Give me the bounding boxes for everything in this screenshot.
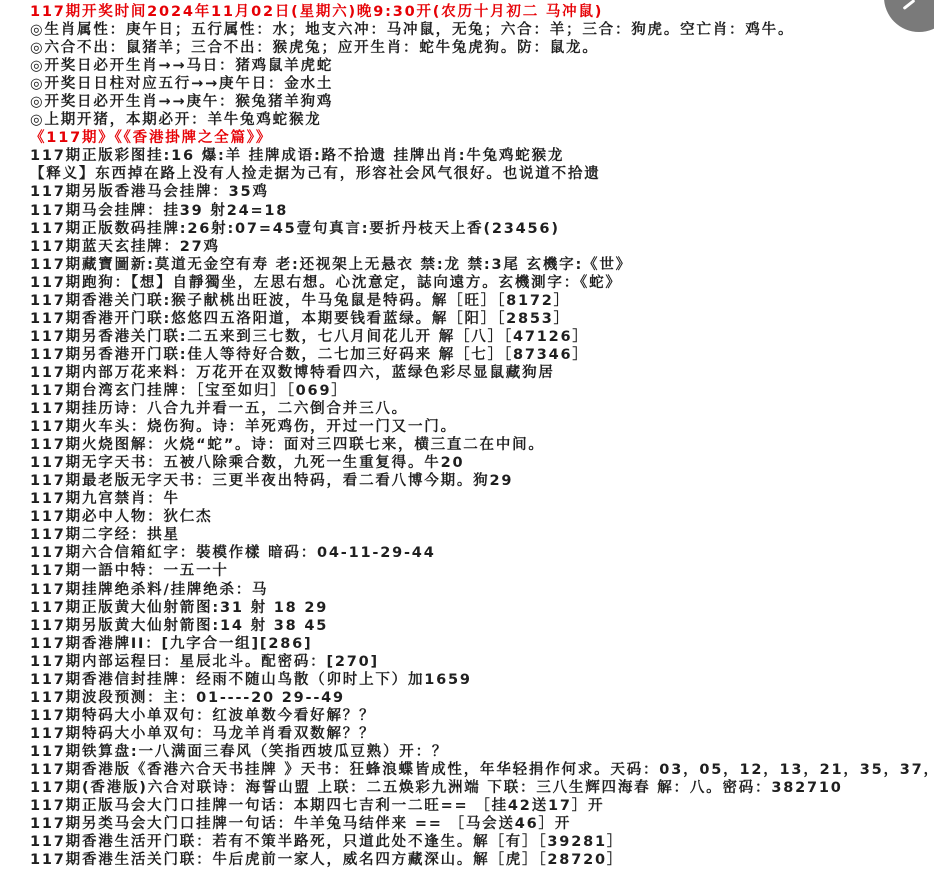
text-line-38: 117期香港信封挂牌：经雨不随山鸟散（卯时上下）加1659 [30,671,934,689]
text-line-33: 117期挂牌绝杀料/挂牌绝杀：马 [30,581,934,599]
text-line-46: 117期另类马会大门口挂牌一句话：牛羊兔马结伴来 == ［马会送46］开 [30,815,934,833]
text-line-35: 117期另版黄大仙射箭图:14 射 38 45 [30,617,934,635]
text-line-15: 117期藏寶圖新:莫道无金空有寿 老:还视架上无悬衣 禁:龙 禁:3尾 玄機字:… [30,256,934,274]
text-line-40: 117期特码大小单双句：红波单数今看好解？？ [30,707,934,725]
text-line-3: ◎六合不出：鼠猪羊；三合不出：猴虎兔；应开生肖：蛇牛兔虎狗。防：鼠龙。 [30,39,934,57]
text-line-23: 117期挂历诗：八合九并看一五，二六倒合并三八。 [30,400,934,418]
text-line-48: 117期香港生活关门联：牛后虎前一家人，威名四方藏深山。解［虎］［28720］ [30,851,934,869]
lottery-tips-page: 117期开奖时间2024年11月02日(星期六)晚9:30开(农历十月初二 马冲… [0,0,934,872]
text-line-41: 117期特码大小单双句：马龙羊肖看双数解？？ [30,725,934,743]
text-line-8: 《117期》《《香港掛牌之全篇》》 [30,129,934,147]
text-line-36: 117期香港牌II：[九字合一组][286] [30,635,934,653]
text-line-7: ◎上期开猪，本期必开：羊牛兔鸡蛇猴龙 [30,111,934,129]
text-line-11: 117期另版香港马会挂牌：35鸡 [30,183,934,201]
text-line-34: 117期正版黄大仙射箭图:31 射 18 29 [30,599,934,617]
text-line-19: 117期另香港关门联:二五来到三七数，七八月间花儿开 解［八］［47126］ [30,328,934,346]
text-line-12: 117期马会挂牌：挂39 射24=18 [30,202,934,220]
text-line-25: 117期火烧图解：火烧“蛇”。诗：面对三四联七来，横三直二在中间。 [30,436,934,454]
text-line-28: 117期九宫禁肖：牛 [30,490,934,508]
text-line-6: ◎开奖日必开生肖→→庚午：猴兔猪羊狗鸡 [30,93,934,111]
text-line-9: 117期正版彩图挂:16 爆:羊 挂牌成语:路不拾遗 挂牌出肖:牛兔鸡蛇猴龙 [30,147,934,165]
text-line-45: 117期正版马会大门口挂牌一句话：本期四七吉利一二旺== ［挂42送17］开 [30,797,934,815]
text-line-16: 117期跑狗：【想】自靜獨坐，左思右想。心沈意定，誌向遠方。玄機測字：《蛇》 [30,274,934,292]
text-line-44: 117期(香港版)六合对联诗：海誓山盟 上联：二五焕彩九洲端 下联：三八生辉四海… [30,779,934,797]
text-lines-container: 117期开奖时间2024年11月02日(星期六)晚9:30开(农历十月初二 马冲… [0,0,934,869]
text-line-30: 117期二字经：拱星 [30,526,934,544]
arrow-up-right-icon [903,0,916,10]
text-line-10: 【释义】东西掉在路上没有人捡走据为己有，形容社会风气很好。也说道不拾遗 [30,165,934,183]
text-line-22: 117期台湾玄门挂牌：［宝至如归］［069］ [30,382,934,400]
text-line-24: 117期火车头：烧伤狗。诗：羊死鸡伤，开过一门又一门。 [30,418,934,436]
text-line-4: ◎开奖日必开生肖→→马日：猪鸡鼠羊虎蛇 [30,57,934,75]
text-line-27: 117期最老版无字天书：三更半夜出特码，看二看八博今期。狗29 [30,472,934,490]
text-line-26: 117期无字天书：五被八除乘合数，九死一生重复得。牛20 [30,454,934,472]
text-line-13: 117期正版数码挂牌:26射:07=45壹句真言:要折丹枝天上香(23456) [30,220,934,238]
text-line-43: 117期香港版《香港六合天书挂牌 》天书：狂蜂浪蝶皆成性，年华轻捐作何求。天码：… [30,761,934,779]
text-line-31: 117期六合信箱紅字：裝模作樣 暗码：04-11-29-44 [30,544,934,562]
text-line-32: 117期一語中特：一五一十 [30,562,934,580]
text-line-5: ◎开奖日日柱对应五行→→庚午日：金水土 [30,75,934,93]
text-line-37: 117期内部运程曰：星辰北斗。配密码：[270] [30,653,934,671]
text-line-18: 117期香港开门联:悠悠四五洛阳道，本期要钱看蓝绿。解［阳］［2853］ [30,310,934,328]
text-line-42: 117期铁算盘:一八满面三春风（笑指西坡瓜豆熟）开：？ [30,743,934,761]
text-line-47: 117期香港生活开门联：若有不策半路死，只道此处不逢生。解［有］［39281］ [30,833,934,851]
text-line-14: 117期蓝天玄挂牌：27鸡 [30,238,934,256]
text-line-2: ◎生肖属性：庚午日；五行属性：水；地支六冲：马冲鼠，无兔；六合：羊；三合：狗虎。… [30,21,934,39]
text-line-17: 117期香港关门联:猴子献桃出旺波，牛马兔鼠是特码。解［旺］［8172］ [30,292,934,310]
text-line-39: 117期波段预测：主：01----20 29--49 [30,689,934,707]
text-line-29: 117期必中人物：狄仁杰 [30,508,934,526]
text-line-21: 117期内部万花来料：万花开在双数博特看四六，蓝绿色彩尽显鼠藏狗居 [30,364,934,382]
text-line-1: 117期开奖时间2024年11月02日(星期六)晚9:30开(农历十月初二 马冲… [30,3,934,21]
text-line-20: 117期另香港开门联:佳人等待好合数，二七加三好码来 解［七］［87346］ [30,346,934,364]
